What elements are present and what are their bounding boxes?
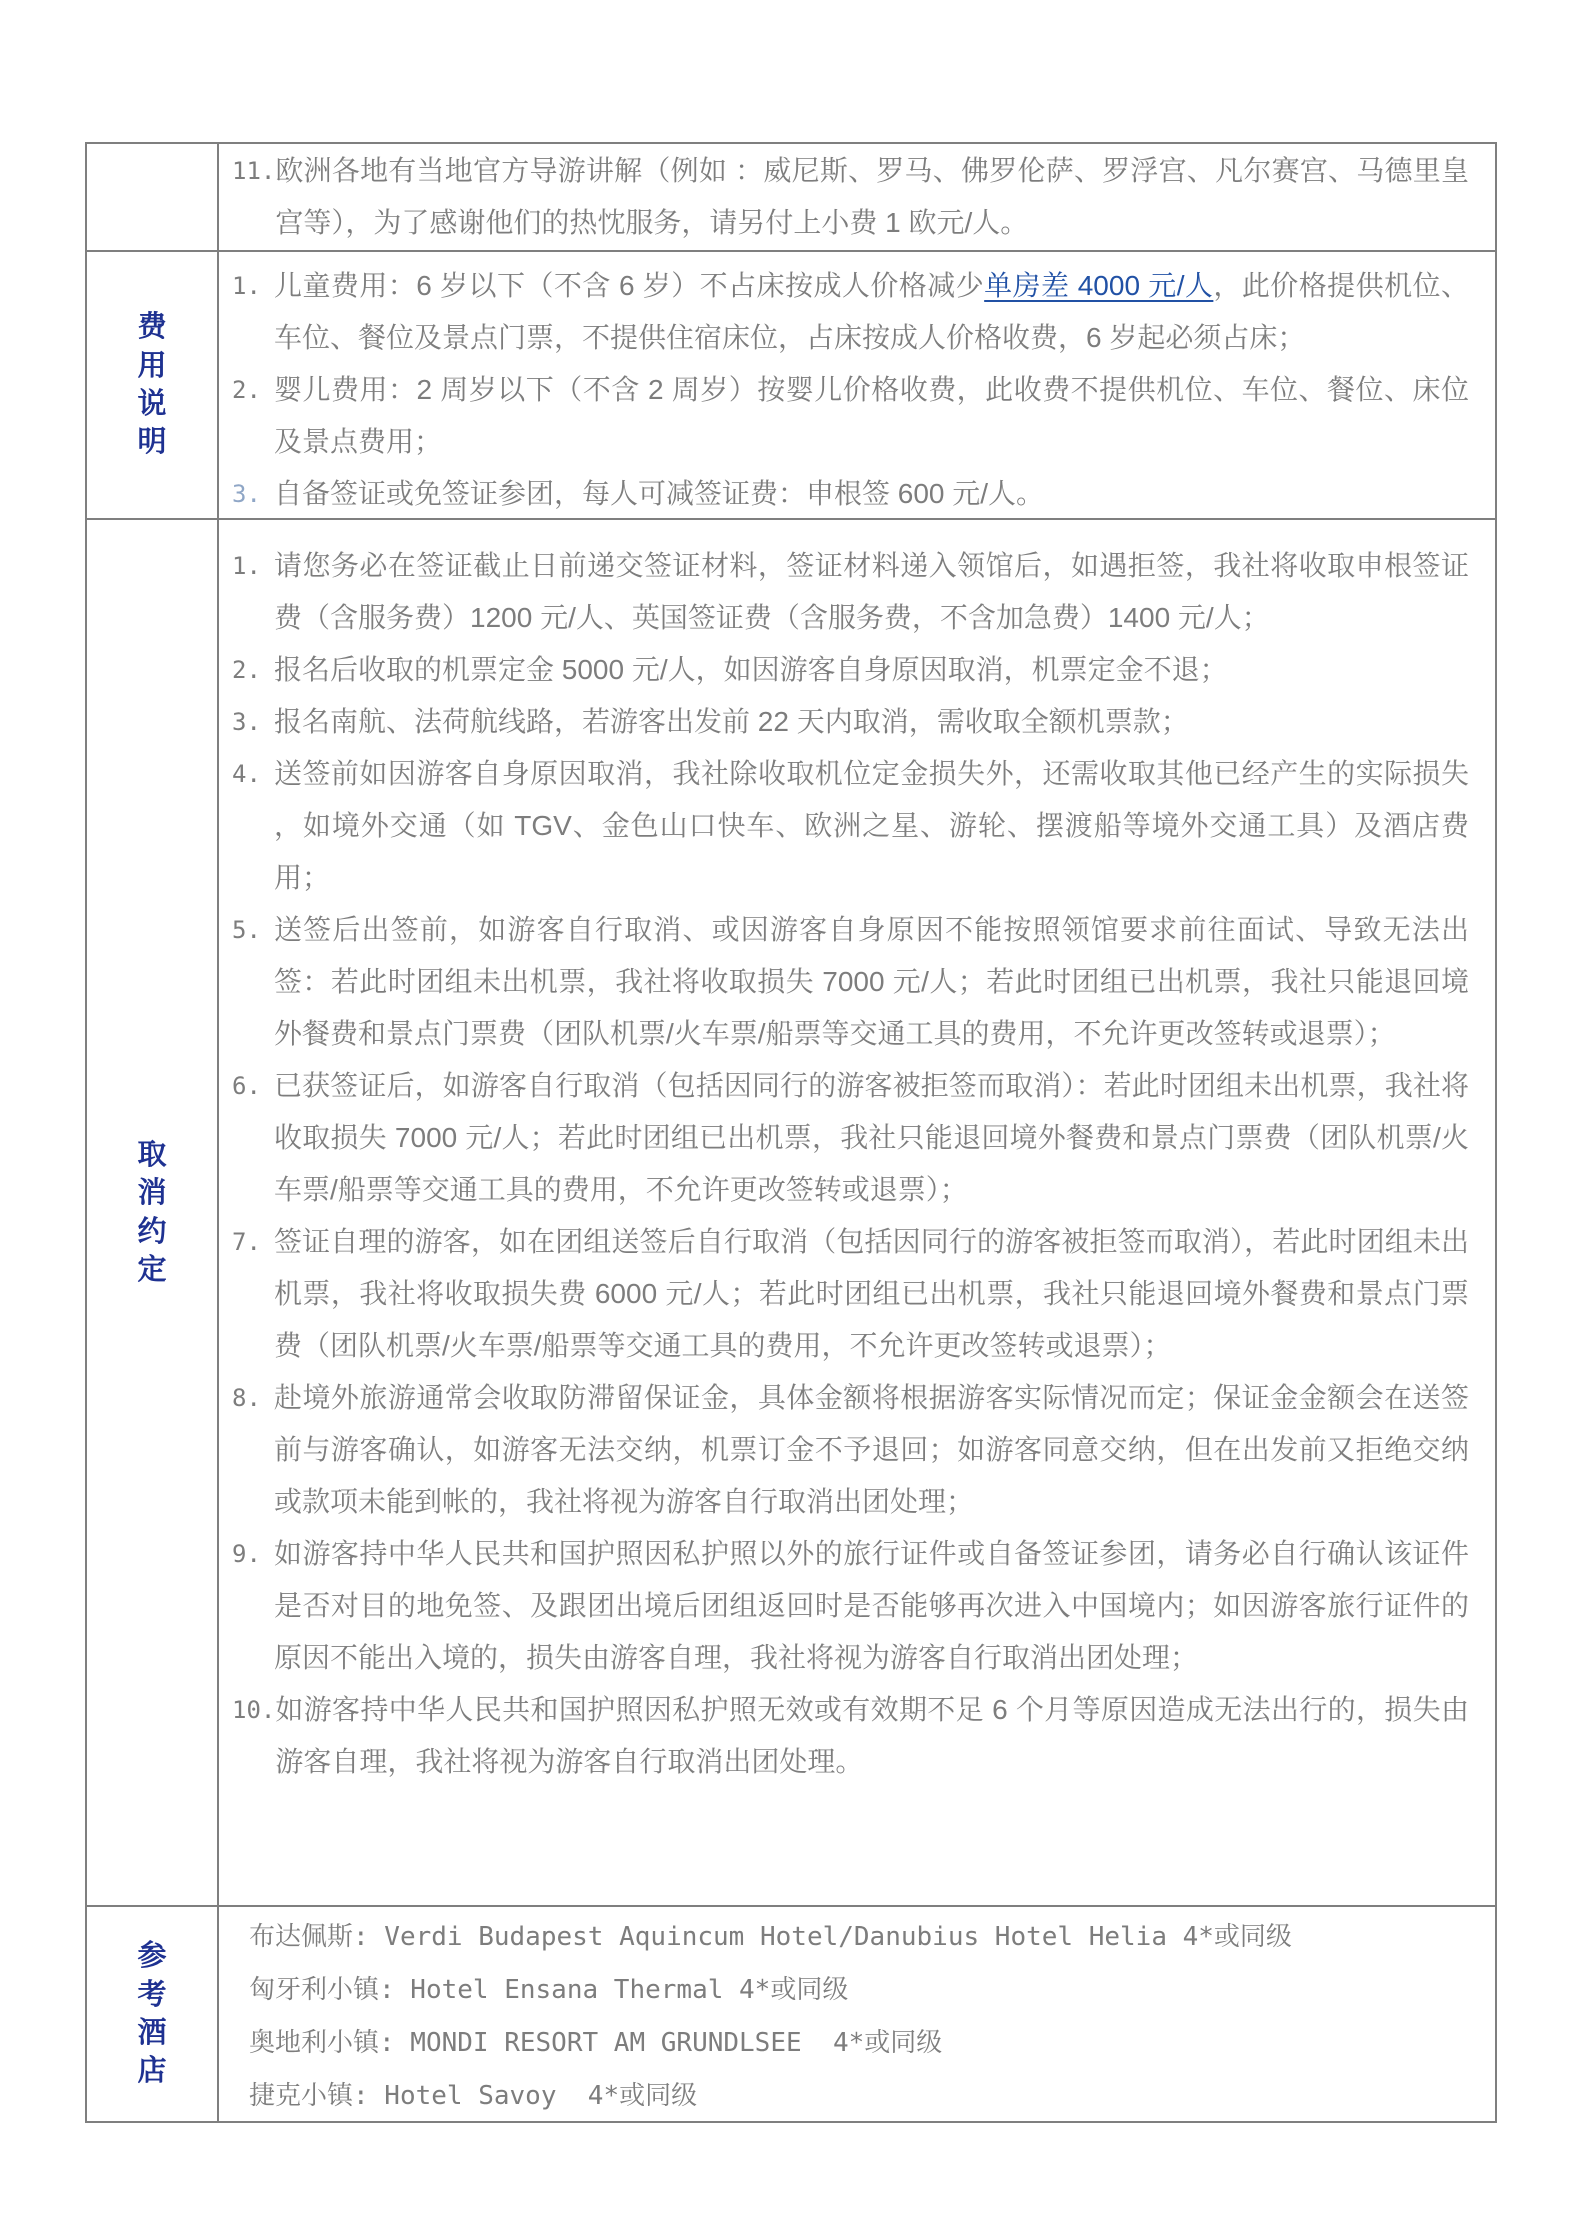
item-number: 1. bbox=[219, 260, 274, 364]
item-number: 8. bbox=[219, 1372, 274, 1528]
item-text: 欧洲各地有当地官方导游讲解（例如 ：威尼斯、罗马、佛罗伦萨、罗浮宫、凡尔赛宫、马… bbox=[275, 145, 1495, 249]
item-number: 9. bbox=[219, 1528, 274, 1684]
list-item: 7.签证自理的游客，如在团组送签后自行取消（包括因同行的游客被拒签而取消），若此… bbox=[219, 1216, 1495, 1372]
row-header-label: 参考酒店 bbox=[136, 1937, 168, 2090]
item-text: 已获签证后，如游客自行取消（包括因同行的游客被拒签而取消）：若此时团组未出机票，… bbox=[274, 1060, 1495, 1216]
list-item: 11.欧洲各地有当地官方导游讲解（例如 ：威尼斯、罗马、佛罗伦萨、罗浮宫、凡尔赛… bbox=[219, 145, 1495, 249]
list-item: 1.儿童费用：6 岁以下（不含 6 岁）不占床按成人价格减少单房差 4000 元… bbox=[219, 260, 1495, 364]
list-item: 9.如游客持中华人民共和国护照因私护照以外的旅行证件或自备签证参团，请务必自行确… bbox=[219, 1528, 1495, 1684]
item-text: 儿童费用：6 岁以下（不含 6 岁）不占床按成人价格减少单房差 4000 元/人… bbox=[274, 260, 1495, 364]
list-item: 3.报名南航、法荷航线路，若游客出发前 22 天内取消，需收取全额机票款； bbox=[219, 696, 1495, 748]
item-number: 2. bbox=[219, 364, 274, 468]
item-number: 3. bbox=[219, 468, 274, 520]
item-text: 请您务必在签证截止日前递交签证材料，签证材料递入领馆后，如遇拒签，我社将收取申根… bbox=[274, 540, 1495, 644]
row-content-cancellation-terms: 1.请您务必在签证截止日前递交签证材料，签证材料递入领馆后，如遇拒签，我社将收取… bbox=[219, 520, 1495, 1905]
table-row-reference-hotels: 参考酒店布达佩斯: Verdi Budapest Aquincum Hotel/… bbox=[87, 1907, 1495, 2121]
list-item: 5.送签后出签前，如游客自行取消、或因游客自身原因不能按照领馆要求前往面试、导致… bbox=[219, 904, 1495, 1060]
item-text: 送签后出签前，如游客自行取消、或因游客自身原因不能按照领馆要求前往面试、导致无法… bbox=[274, 904, 1495, 1060]
row-header-label: 费用说明 bbox=[136, 308, 168, 461]
item-text: 自备签证或免签证参团，每人可减签证费：申根签 600 元/人。 bbox=[274, 468, 1495, 520]
hotel-line: 奥地利小镇: MONDI RESORT AM GRUNDLSEE 4*或同级 bbox=[249, 2017, 1495, 2070]
row-content-reference-hotels: 布达佩斯: Verdi Budapest Aquincum Hotel/Danu… bbox=[219, 1907, 1495, 2121]
list-item: 2.报名后收取的机票定金 5000 元/人，如因游客自身原因取消，机票定金不退； bbox=[219, 644, 1495, 696]
item-text: 报名南航、法荷航线路，若游客出发前 22 天内取消，需收取全额机票款； bbox=[274, 696, 1495, 748]
list-item: 4.送签前如因游客自身原因取消，我社除收取机位定金损失外，还需收取其他已经产生的… bbox=[219, 748, 1495, 904]
item-number: 2. bbox=[219, 644, 274, 696]
travel-terms-table: 11.欧洲各地有当地官方导游讲解（例如 ：威尼斯、罗马、佛罗伦萨、罗浮宫、凡尔赛… bbox=[85, 142, 1497, 2123]
row-header-reference-hotels: 参考酒店 bbox=[87, 1907, 219, 2121]
item-number: 7. bbox=[219, 1216, 274, 1372]
item-text: 如游客持中华人民共和国护照因私护照无效或有效期不足 6 个月等原因造成无法出行的… bbox=[275, 1684, 1495, 1788]
item-number: 11. bbox=[219, 145, 275, 249]
table-row-cancellation-terms: 取消约定1.请您务必在签证截止日前递交签证材料，签证材料递入领馆后，如遇拒签，我… bbox=[87, 520, 1495, 1907]
item-number: 5. bbox=[219, 904, 274, 1060]
item-number: 6. bbox=[219, 1060, 274, 1216]
list-item: 3.自备签证或免签证参团，每人可减签证费：申根签 600 元/人。 bbox=[219, 468, 1495, 520]
row-header-label: 取消约定 bbox=[136, 1136, 168, 1289]
row-header-guide-tip-note bbox=[87, 144, 219, 250]
item-text: 送签前如因游客自身原因取消，我社除收取机位定金损失外，还需收取其他已经产生的实际… bbox=[274, 748, 1495, 904]
list-item: 8.赴境外旅游通常会收取防滞留保证金，具体金额将根据游客实际情况而定；保证金金额… bbox=[219, 1372, 1495, 1528]
row-header-cancellation-terms: 取消约定 bbox=[87, 520, 219, 1905]
list-item: 6.已获签证后，如游客自行取消（包括因同行的游客被拒签而取消）：若此时团组未出机… bbox=[219, 1060, 1495, 1216]
list-item: 2.婴儿费用：2 周岁以下（不含 2 周岁）按婴儿价格收费，此收费不提供机位、车… bbox=[219, 364, 1495, 468]
hotel-line: 匈牙利小镇: Hotel Ensana Thermal 4*或同级 bbox=[249, 1964, 1495, 2017]
row-content-guide-tip-note: 11.欧洲各地有当地官方导游讲解（例如 ：威尼斯、罗马、佛罗伦萨、罗浮宫、凡尔赛… bbox=[219, 144, 1495, 250]
item-text: 签证自理的游客，如在团组送签后自行取消（包括因同行的游客被拒签而取消），若此时团… bbox=[274, 1216, 1495, 1372]
item-text: 赴境外旅游通常会收取防滞留保证金，具体金额将根据游客实际情况而定；保证金金额会在… bbox=[274, 1372, 1495, 1528]
list-item: 1.请您务必在签证截止日前递交签证材料，签证材料递入领馆后，如遇拒签，我社将收取… bbox=[219, 540, 1495, 644]
table-row-guide-tip-note: 11.欧洲各地有当地官方导游讲解（例如 ：威尼斯、罗马、佛罗伦萨、罗浮宫、凡尔赛… bbox=[87, 144, 1495, 252]
item-number: 4. bbox=[219, 748, 274, 904]
item-number: 1. bbox=[219, 540, 274, 644]
hotel-line: 捷克小镇: Hotel Savoy 4*或同级 bbox=[249, 2070, 1495, 2121]
highlighted-price-text: 单房差 4000 元/人 bbox=[984, 270, 1213, 301]
item-number: 3. bbox=[219, 696, 274, 748]
item-text: 如游客持中华人民共和国护照因私护照以外的旅行证件或自备签证参团，请务必自行确认该… bbox=[274, 1528, 1495, 1684]
row-content-fee-description: 1.儿童费用：6 岁以下（不含 6 岁）不占床按成人价格减少单房差 4000 元… bbox=[219, 252, 1495, 518]
item-number: 10. bbox=[219, 1684, 275, 1788]
item-text: 报名后收取的机票定金 5000 元/人，如因游客自身原因取消，机票定金不退； bbox=[274, 644, 1495, 696]
list-item: 10.如游客持中华人民共和国护照因私护照无效或有效期不足 6 个月等原因造成无法… bbox=[219, 1684, 1495, 1788]
item-text: 婴儿费用：2 周岁以下（不含 2 周岁）按婴儿价格收费，此收费不提供机位、车位、… bbox=[274, 364, 1495, 468]
hotel-line: 布达佩斯: Verdi Budapest Aquincum Hotel/Danu… bbox=[249, 1911, 1495, 1964]
row-header-fee-description: 费用说明 bbox=[87, 252, 219, 518]
table-row-fee-description: 费用说明1.儿童费用：6 岁以下（不含 6 岁）不占床按成人价格减少单房差 40… bbox=[87, 252, 1495, 520]
text-run: 儿童费用：6 岁以下（不含 6 岁）不占床按成人价格减少 bbox=[274, 270, 984, 301]
